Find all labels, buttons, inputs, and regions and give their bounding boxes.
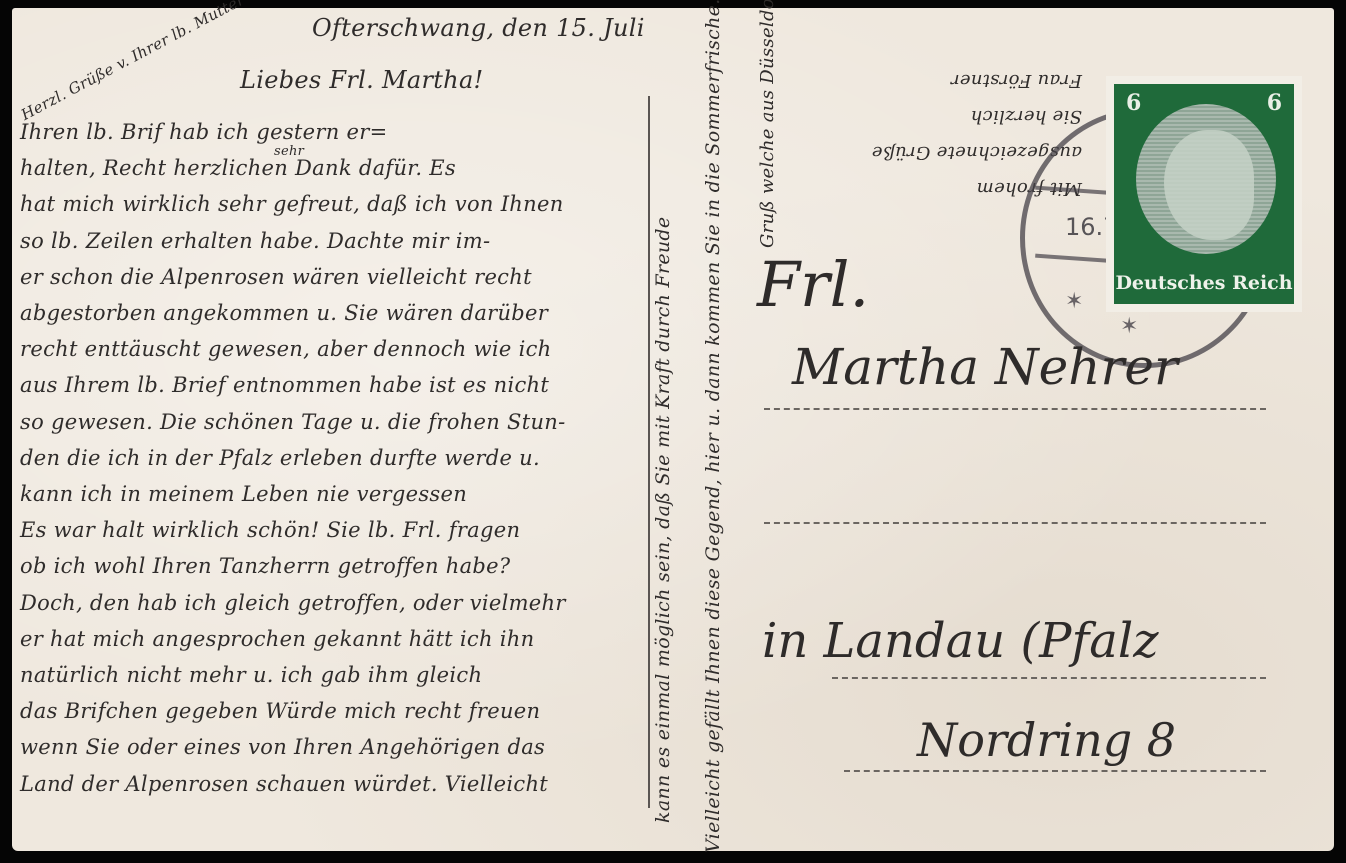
margin-vertical-col3: Gruß welche aus Düsseldorf sehr nette Le… (757, 0, 778, 248)
message-line: aus Ihrem lb. Brief entnommen habe ist e… (20, 373, 549, 397)
message-line: das Brifchen gegeben Würde mich recht fr… (20, 699, 540, 723)
message-line: Doch, den hab ich gleich getroffen, oder… (20, 591, 566, 615)
address-title: Frl. (757, 248, 869, 321)
address-line-3 (832, 677, 1266, 679)
star-icon: ✶ (1065, 288, 1083, 314)
place-date: Ofterschwang, den 15. Juli (312, 14, 645, 42)
address-street: Nordring 8 (917, 713, 1176, 767)
postcard: Herzl. Grüße v. Ihrer lb. Mutter u. Schw… (12, 8, 1334, 851)
message-line: den die ich in der Pfalz erleben durfte … (20, 446, 540, 470)
message-line: natürlich nicht mehr u. ich gab ihm glei… (20, 663, 482, 687)
message-line: er schon die Alpenrosen wären vielleicht… (20, 265, 532, 289)
message-line: halten, Recht herzlichen Dank dafür. Es (20, 156, 456, 180)
margin-vertical-col1: kann es einmal möglich sein, daß Sie mit… (652, 217, 674, 823)
stamp-value-right: 6 (1267, 90, 1282, 116)
address-city: in Landau (Pfalz (762, 613, 1159, 669)
message-line: ob ich wohl Ihren Tanzherrn getroffen ha… (20, 554, 510, 578)
message-line: hat mich wirklich sehr gefreut, daß ich … (20, 192, 564, 216)
divider-line (648, 96, 650, 808)
message-line: Es war halt wirklich schön! Sie lb. Frl.… (20, 518, 520, 542)
message-line: recht enttäuscht gewesen, aber dennoch w… (20, 337, 552, 361)
portrait-medallion-icon (1136, 104, 1276, 254)
inserted-word: sehr (274, 144, 304, 159)
margin-vertical-col2: Vielleicht gefällt Ihnen diese Gegend, h… (702, 0, 724, 853)
salutation: Liebes Frl. Martha! (240, 66, 484, 94)
message-line: Ihren lb. Brif hab ich gestern er= (20, 120, 388, 144)
upside-note-line: Frau Förstner (872, 62, 1082, 98)
stamp-value-left: 6 (1126, 90, 1141, 116)
stamp-label: Deutsches Reich (1114, 272, 1294, 294)
message-line: wenn Sie oder eines von Ihren Angehörige… (20, 735, 545, 759)
message-line: so lb. Zeilen erhalten habe. Dachte mir … (20, 229, 490, 253)
message-line: Land der Alpenrosen schauen würdet. Viel… (20, 772, 548, 796)
postage-stamp: 6 6 Deutsches Reich (1106, 76, 1302, 312)
upside-note-line: Sie herzlich (872, 98, 1082, 134)
address-line-2 (764, 522, 1266, 524)
address-name: Martha Nehrer (792, 338, 1178, 396)
message-line: kann ich in meinem Leben nie vergessen (20, 482, 467, 506)
message-line: so gewesen. Die schönen Tage u. die froh… (20, 410, 566, 434)
message-line: abgestorben angekommen u. Sie wären darü… (20, 301, 548, 325)
message-line: er hat mich angesprochen gekannt hätt ic… (20, 627, 534, 651)
address-line-4 (844, 770, 1266, 772)
address-line-1 (764, 408, 1266, 410)
star-icon: ✶ (1120, 313, 1138, 339)
